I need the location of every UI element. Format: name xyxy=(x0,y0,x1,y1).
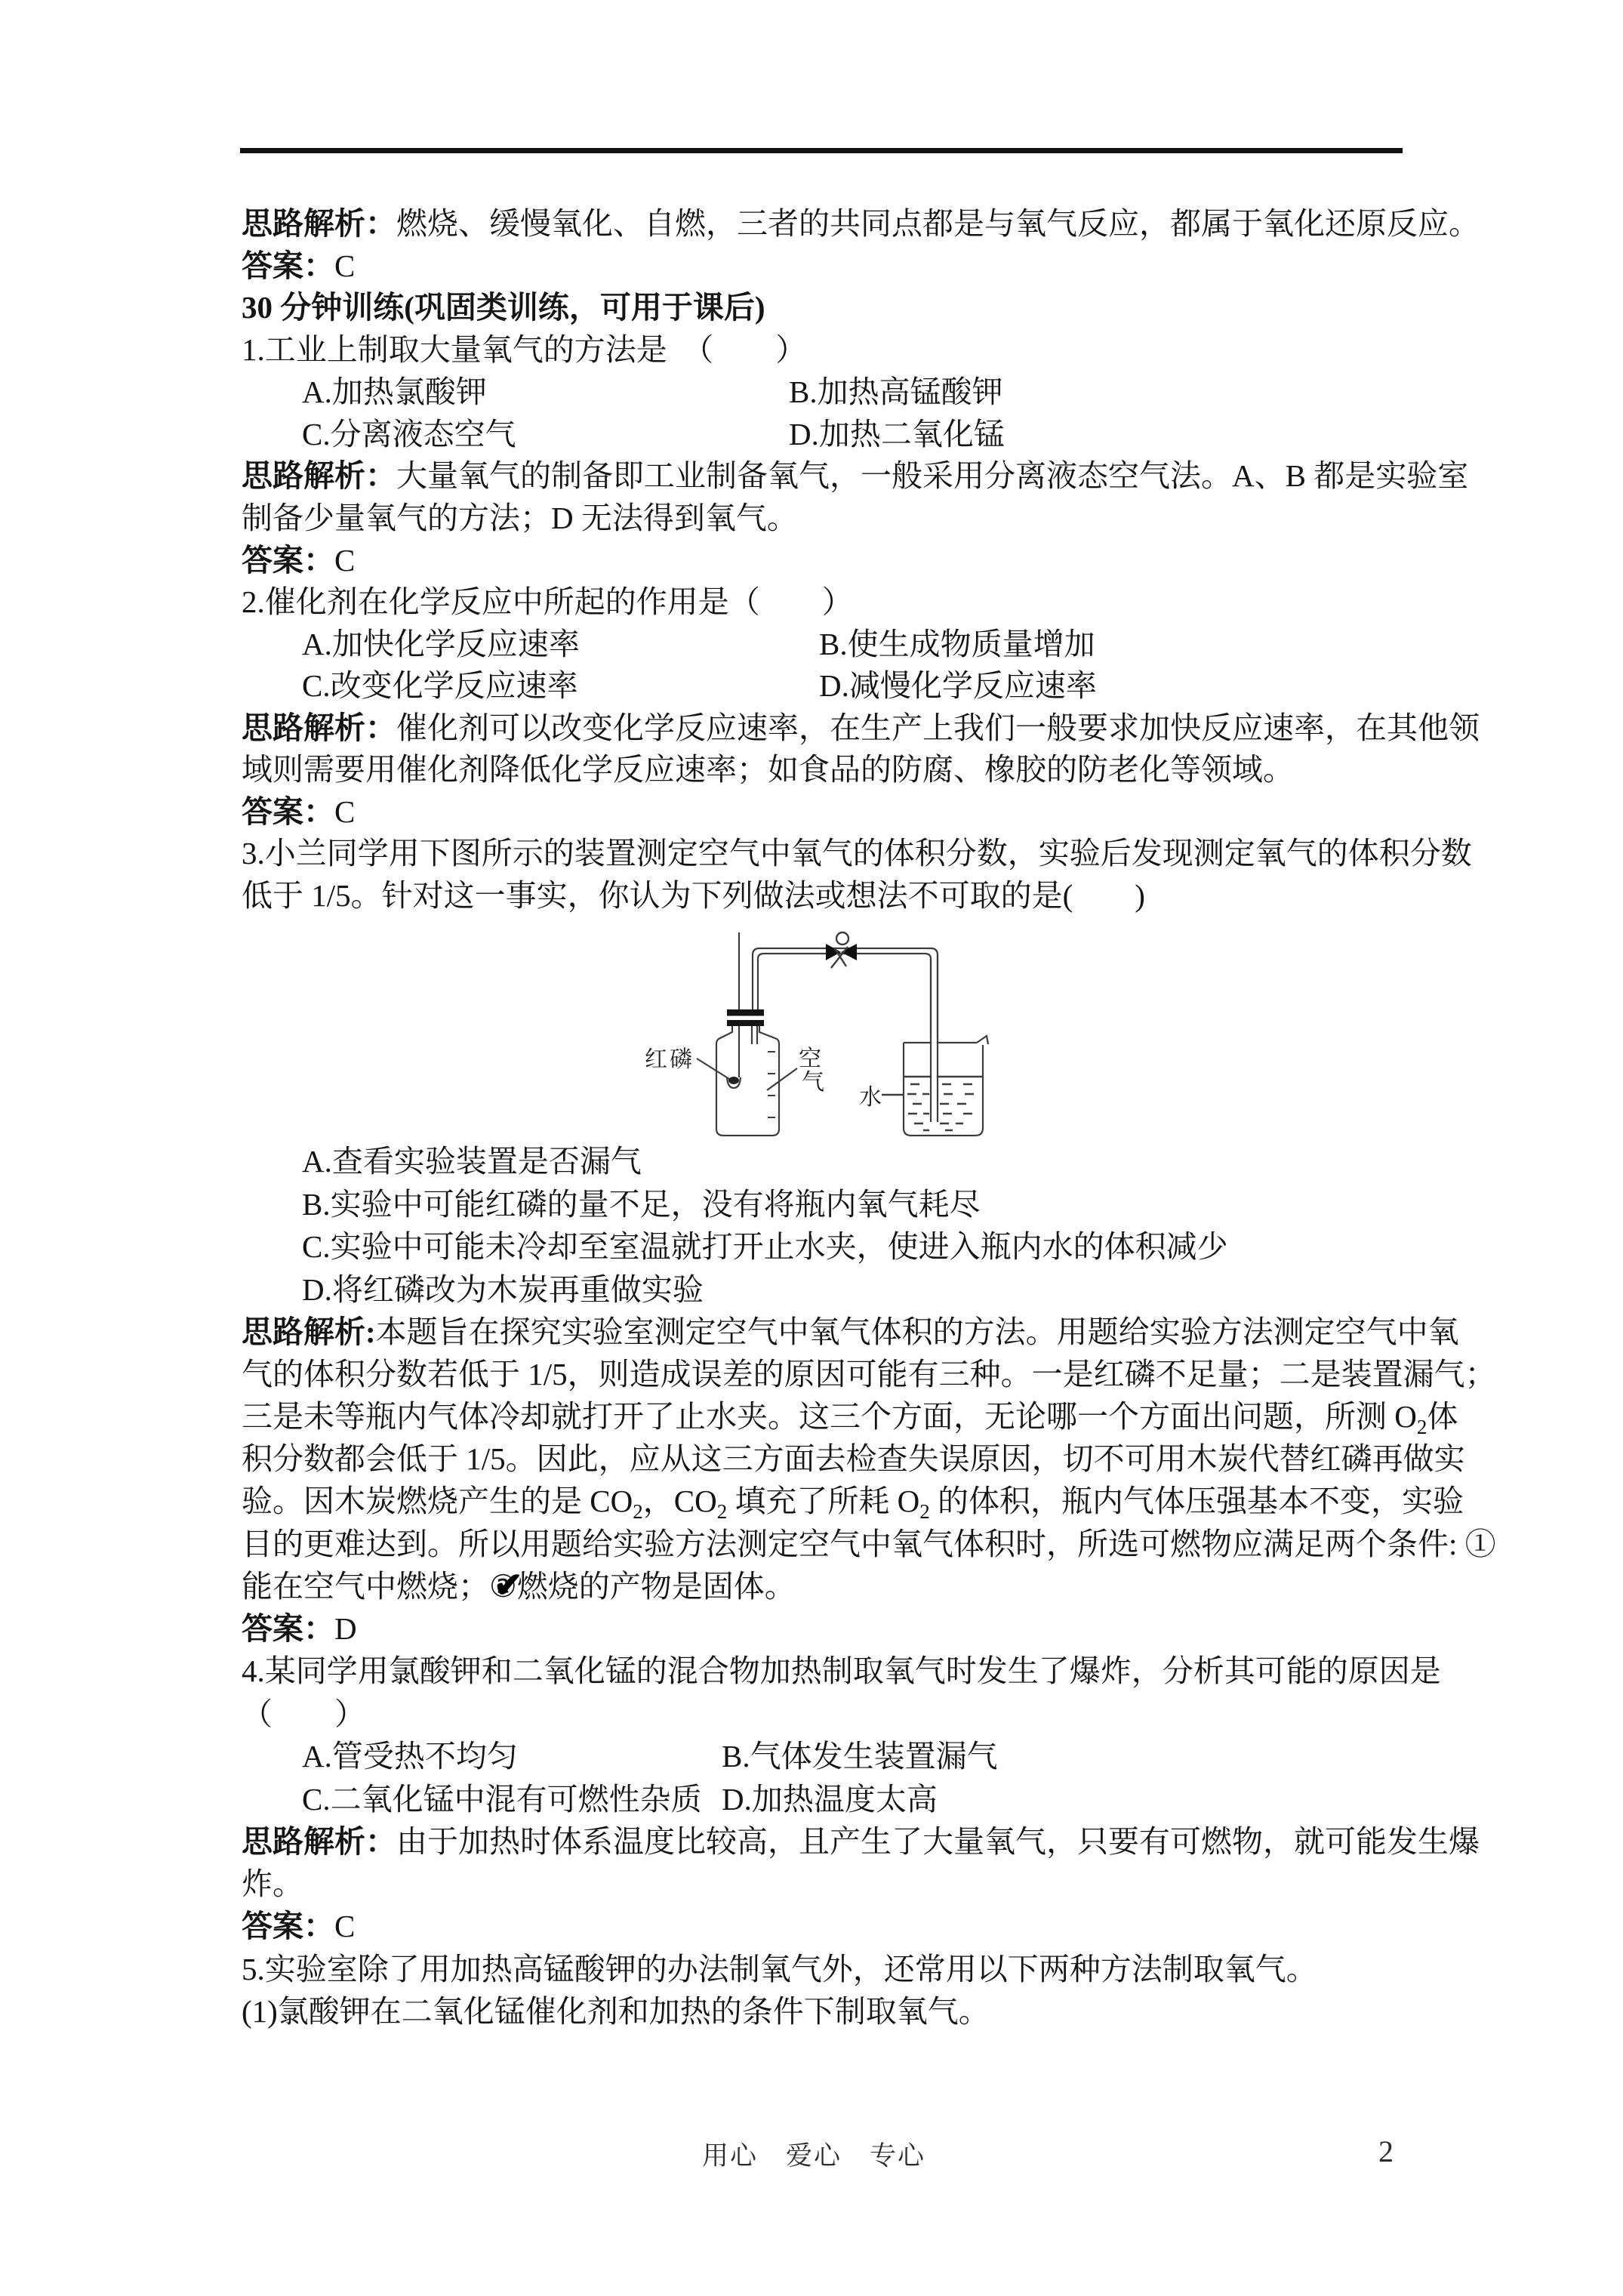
text-line: 5.实验室除了用加热高锰酸钾的办法制氧气外，还常用以下两种方法制取氧气。 xyxy=(242,1952,1449,1987)
text-line: 域则需要用催化剂降低化学反应速率；如食品的防腐、橡胶的防老化等领域。 xyxy=(242,752,1449,787)
text-segment: D.加热温度太高 xyxy=(722,1782,938,1817)
text-label-bold: 思路解析： xyxy=(242,458,396,493)
text-segment: 5.实验室除了用加热高锰酸钾的办法制氧气外，还常用以下两种方法制取氧气。 xyxy=(242,1952,1317,1986)
text-segment: 验。因木炭燃烧产生的是 CO xyxy=(242,1484,633,1518)
text-line: 3.小兰同学用下图所示的装置测定空气中氧气的体积分数，实验后发现测定氧气的体积分… xyxy=(242,836,1449,871)
text-segment: C xyxy=(334,1909,355,1943)
text-line: 能在空气中燃烧；②✔燃烧的产物是固体。 xyxy=(242,1569,1449,1604)
text-segment: D xyxy=(334,1611,357,1646)
text-label-bold: 思路解析： xyxy=(242,1824,396,1859)
text-line: 思路解析:本题旨在探究实验室测定空气中氧气体积的方法。用题给实验方法测定空气中氧 xyxy=(242,1314,1449,1350)
text-segment: 2 xyxy=(919,1500,930,1523)
text-line: (1)氯酸钾在二氧化锰催化剂和加热的条件下制取氧气。 xyxy=(242,1994,1449,2029)
text-segment: 能在空气中燃烧； xyxy=(242,1569,489,1604)
header-rule xyxy=(240,148,1403,153)
text-segment: D.将红磷改为木炭再重做实验 xyxy=(302,1272,704,1307)
red-phosphorus-pointer-line xyxy=(697,1059,729,1079)
text-label-bold: 思路解析： xyxy=(242,206,396,241)
text-line: 低于 1/5。针对这一事实，你认为下列做法或想法不可取的是( ) xyxy=(242,878,1449,914)
text-segment: C xyxy=(334,543,355,578)
text-line: A.加快化学反应速率B.使生成物质量增加 xyxy=(302,627,1510,662)
text-segment: 三是未等瓶内气体冷却就打开了止水夹。这三个方面，无论哪一个方面出问题，所测 O xyxy=(242,1399,1417,1434)
text-line: A.管受热不均匀B.气体发生装置漏气 xyxy=(302,1739,1510,1774)
text-segment: 3.小兰同学用下图所示的装置测定空气中氧气的体积分数，实验后发现测定氧气的体积分… xyxy=(242,836,1472,871)
text-segment: 体 xyxy=(1427,1399,1458,1434)
text-segment: C.二氧化锰中混有可燃性杂质 xyxy=(302,1782,702,1817)
text-label-bold: 答案： xyxy=(242,1611,334,1646)
text-segment: 4.某同学用氯酸钾和二氧化锰的混合物加热制取氧气时发生了爆炸，分析其可能的原因是 xyxy=(242,1653,1441,1688)
oxygen-measurement-apparatus-diagram: 红磷 空 气 水 xyxy=(619,925,1042,1182)
tube-into-beaker xyxy=(931,955,938,1122)
text-line: 思路解析：催化剂可以改变化学反应速率，在生产上我们一般要求加快反应速率，在其他领 xyxy=(242,710,1449,746)
text-segment: 2.催化剂在化学反应中所起的作用是（ ） xyxy=(242,584,853,619)
pinch-clamp-icon xyxy=(826,932,857,968)
text-segment: C.分离液态空气 xyxy=(302,417,516,451)
air-label-bottom: 气 xyxy=(802,1070,824,1095)
text-line: 炸。 xyxy=(242,1866,1449,1902)
text-segment: B.使生成物质量增加 xyxy=(819,627,1095,662)
text-segment: 催化剂可以改变化学反应速率，在生产上我们一般要求加快反应速率，在其他领 xyxy=(396,710,1480,745)
water-label: 水 xyxy=(859,1085,882,1110)
text-line: 思路解析：由于加热时体系温度比较高，且产生了大量氧气，只要有可燃物，就可能发生爆 xyxy=(242,1824,1449,1860)
delivery-tube xyxy=(753,948,938,1038)
footer-page-number: 2 xyxy=(1378,2134,1394,2169)
text-segment: 本题旨在探究实验室测定空气中氧气体积的方法。用题给实验方法测定空气中氧 xyxy=(376,1314,1459,1349)
text-line: C.分离液态空气D.加热二氧化锰 xyxy=(302,417,1510,452)
text-segment: （ ） xyxy=(242,1697,365,1731)
text-line: 答案：D xyxy=(242,1611,1449,1647)
text-line: 积分数都会低于 1/5。因此，应从这三方面去检查失误原因，切不可用木炭代替红磷再… xyxy=(242,1441,1449,1477)
footer-motto: 用心 爱心 专心 xyxy=(242,2135,1386,2173)
text-segment: C xyxy=(334,794,355,829)
text-label-bold: 答案： xyxy=(242,794,334,829)
text-segment: 炸。 xyxy=(242,1866,303,1901)
text-segment: ，CO xyxy=(643,1484,717,1518)
air-pointer-line xyxy=(767,1068,797,1090)
text-segment: 1.工业上制取大量氧气的方法是 （ ） xyxy=(242,332,806,367)
text-line: C.实验中可能未冷却至室温就打开止水夹，使进入瓶内水的体积减少 xyxy=(302,1229,1510,1265)
text-segment: 由于加热时体系温度比较高，且产生了大量氧气，只要有可燃物，就可能发生爆 xyxy=(396,1824,1480,1859)
text-segment: B.加热高锰酸钾 xyxy=(789,374,1003,410)
text-segment: 2 xyxy=(1417,1416,1427,1438)
red-phosphorus-blob xyxy=(728,1077,739,1084)
text-line: 验。因木炭燃烧产生的是 CO2，CO2 填充了所耗 O2 的体积，瓶内气体压强基… xyxy=(242,1484,1449,1524)
text-segment: C xyxy=(334,248,355,283)
text-line: 制备少量氧气的方法；D 无法得到氧气。 xyxy=(242,501,1449,536)
checkmark-overlay-icon: ✔ xyxy=(494,1566,523,1606)
text-line: A.加热氯酸钾B.加热高锰酸钾 xyxy=(302,374,1510,410)
text-line: 答案：C xyxy=(242,794,1449,830)
text-line: 答案：C xyxy=(242,248,1449,284)
water-dashes xyxy=(907,1084,974,1130)
text-segment: 域则需要用催化剂降低化学反应速率；如食品的防腐、橡胶的防老化等领域。 xyxy=(242,752,1294,787)
text-line: 2.催化剂在化学反应中所起的作用是（ ） xyxy=(242,584,1449,620)
text-segment: A.查看实验装置是否漏气 xyxy=(302,1144,642,1179)
air-label-top: 空 xyxy=(799,1046,821,1071)
text-segment: A.加热氯酸钾 xyxy=(302,374,487,409)
text-line: 目的更难达到。所以用题给实验方法测定空气中氧气体积时，所选可燃物应满足两个条件:… xyxy=(242,1527,1449,1562)
text-segment: A.加快化学反应速率 xyxy=(302,627,580,661)
text-segment: D.加热二氧化锰 xyxy=(789,417,1005,452)
text-segment: B.气体发生装置漏气 xyxy=(722,1739,998,1774)
text-line: 4.某同学用氯酸钾和二氧化锰的混合物加热制取氧气时发生了爆炸，分析其可能的原因是 xyxy=(242,1653,1449,1689)
text-segment: 气的体积分数若低于 1/5，则造成误差的原因可能有三种。一是红磷不足量；二是装置… xyxy=(242,1357,1496,1391)
text-segment: ②✔ xyxy=(489,1569,517,1604)
stopper xyxy=(727,1009,764,1026)
text-segment: D.减慢化学反应速率 xyxy=(819,668,1097,704)
text-line: 答案：C xyxy=(242,543,1449,578)
text-segment: C.改变化学反应速率 xyxy=(302,668,578,703)
text-segment: (1)氯酸钾在二氧化锰催化剂和加热的条件下制取氧气。 xyxy=(242,1994,990,2029)
text-segment: 低于 1/5。针对这一事实，你认为下列做法或想法不可取的是( ) xyxy=(242,878,1145,913)
text-segment: 制备少量氧气的方法；D 无法得到氧气。 xyxy=(242,501,798,535)
text-segment: 填充了所耗 O xyxy=(727,1484,919,1518)
text-segment: C.实验中可能未冷却至室温就打开止水夹，使进入瓶内水的体积减少 xyxy=(302,1229,1228,1264)
text-segment: 积分数都会低于 1/5。因此，应从这三方面去检查失误原因，切不可用木炭代替红磷再… xyxy=(242,1441,1465,1476)
gas-bottle xyxy=(716,1026,779,1136)
text-label-bold: 思路解析: xyxy=(242,1314,376,1349)
text-line: 三是未等瓶内气体冷却就打开了止水夹。这三个方面，无论哪一个方面出问题，所测 O2… xyxy=(242,1399,1449,1439)
text-line: 思路解析：大量氧气的制备即工业制备氧气，一般采用分离液态空气法。A、B 都是实验… xyxy=(242,458,1449,494)
text-line: 思路解析：燃烧、缓慢氧化、自燃，三者的共同点都是与氧气反应，都属于氧化还原反应。 xyxy=(242,206,1449,242)
beaker-spout xyxy=(977,1036,988,1044)
worksheet-page: { "footer": { "motto": "用心 爱心 专心", "page… xyxy=(0,0,1623,2296)
text-line: D.将红磷改为木炭再重做实验 xyxy=(302,1272,1510,1308)
text-segment: 2 xyxy=(717,1500,728,1523)
text-label-bold: 答案： xyxy=(242,248,334,283)
text-line: 30 分钟训练(巩固类训练，可用于课后) xyxy=(242,290,1449,325)
text-segment: B.实验中可能红磷的量不足，没有将瓶内氧气耗尽 xyxy=(302,1187,981,1222)
water xyxy=(904,1077,982,1130)
text-line: C.二氧化锰中混有可燃性杂质D.加热温度太高 xyxy=(302,1782,1510,1817)
text-segment: 燃烧的产物是固体。 xyxy=(517,1569,796,1604)
text-line: 答案：C xyxy=(242,1909,1449,1944)
text-line: 气的体积分数若低于 1/5，则造成误差的原因可能有三种。一是红磷不足量；二是装置… xyxy=(242,1357,1449,1392)
text-segment: 大量氧气的制备即工业制备氧气，一般采用分离液态空气法。A、B 都是实验室 xyxy=(396,458,1468,493)
text-label-bold: 思路解析： xyxy=(242,710,396,745)
text-line: B.实验中可能红磷的量不足，没有将瓶内氧气耗尽 xyxy=(302,1187,1510,1222)
tube-inner-stub xyxy=(752,1026,757,1044)
text-label-bold: 答案： xyxy=(242,1909,334,1943)
text-segment: A.管受热不均匀 xyxy=(302,1739,518,1774)
beaker xyxy=(904,1036,988,1136)
text-segment: 的体积，瓶内气体压强基本不变，实验 xyxy=(930,1484,1464,1518)
text-line: （ ） xyxy=(242,1697,1449,1732)
text-segment: 2 xyxy=(633,1500,643,1523)
text-segment: 目的更难达到。所以用题给实验方法测定空气中氧气体积时，所选可燃物应满足两个条件:… xyxy=(242,1527,1496,1561)
text-segment: 燃烧、缓慢氧化、自燃，三者的共同点都是与氧气反应，都属于氧化还原反应。 xyxy=(396,206,1480,241)
text-label-bold: 30 分钟训练(巩固类训练，可用于课后) xyxy=(242,290,765,325)
text-line: C.改变化学反应速率D.减慢化学反应速率 xyxy=(302,668,1510,704)
text-line: 1.工业上制取大量氧气的方法是 （ ） xyxy=(242,332,1449,368)
text-label-bold: 答案： xyxy=(242,543,334,578)
red-phosphorus-label: 红磷 xyxy=(645,1047,694,1072)
